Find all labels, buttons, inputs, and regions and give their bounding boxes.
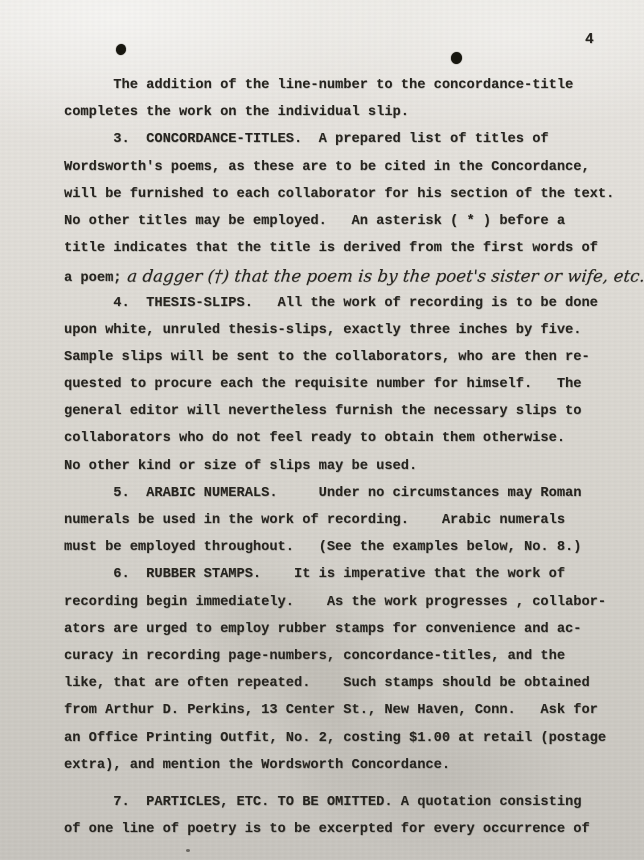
- document-line: 5. ARABIC NUMERALS. Under no circumstanc…: [64, 480, 644, 507]
- document-line: collaborators who do not feel ready to o…: [64, 425, 644, 452]
- document-line: a poem; a dagger (†) that the poem is by…: [64, 262, 644, 289]
- typed-text: Sample slips will be sent to the collabo…: [64, 350, 590, 365]
- document-line: curacy in recording page-numbers, concor…: [64, 643, 644, 670]
- typed-text: completes the work on the individual sli…: [64, 105, 409, 120]
- typed-text: of one line of poetry is to be excerpted…: [64, 822, 590, 837]
- document-line: No other kind or size of slips may be us…: [64, 453, 644, 480]
- typed-text: 6. RUBBER STAMPS. It is imperative that …: [64, 567, 565, 582]
- typed-text: 5. ARABIC NUMERALS. Under no circumstanc…: [64, 486, 581, 501]
- typed-text: 3. CONCORDANCE-TITLES. A prepared list o…: [64, 132, 549, 147]
- document-line: must be employed throughout. (See the ex…: [64, 534, 644, 561]
- ink-dot-left: [115, 43, 127, 56]
- typed-text: collaborators who do not feel ready to o…: [64, 431, 565, 446]
- document-body: The addition of the line-number to the c…: [64, 72, 644, 843]
- document-line: The addition of the line-number to the c…: [64, 72, 644, 99]
- document-line: recording begin immediately. As the work…: [64, 589, 644, 616]
- typed-text: upon white, unruled thesis-slips, exactl…: [64, 323, 581, 338]
- typed-text: from Arthur D. Perkins, 13 Center St., N…: [64, 703, 598, 718]
- document-line: ators are urged to employ rubber stamps …: [64, 616, 644, 643]
- document-page: 4 The addition of the line-number to the…: [0, 0, 644, 860]
- typed-text: recording begin immediately. As the work…: [64, 595, 606, 610]
- document-line: quested to procure each the requisite nu…: [64, 371, 644, 398]
- document-line: upon white, unruled thesis-slips, exactl…: [64, 317, 644, 344]
- typed-text: 7. PARTICLES, ETC. TO BE OMITTED. A quot…: [64, 795, 581, 810]
- handwritten-annotation: a dagger (†) that the poem is by the poe…: [120, 263, 644, 290]
- typed-text: numerals be used in the work of recordin…: [64, 513, 565, 528]
- typed-text: title indicates that the title is derive…: [64, 241, 598, 256]
- typed-text: general editor will nevertheless furnish…: [64, 404, 581, 419]
- document-line: 3. CONCORDANCE-TITLES. A prepared list o…: [64, 126, 644, 153]
- typed-text: like, that are often repeated. Such stam…: [64, 676, 590, 691]
- typed-text: No other kind or size of slips may be us…: [64, 459, 417, 474]
- typed-text: ators are urged to employ rubber stamps …: [64, 622, 581, 637]
- typed-text: must be employed throughout. (See the ex…: [64, 540, 581, 555]
- typed-text: The addition of the line-number to the c…: [64, 78, 573, 93]
- document-line: completes the work on the individual sli…: [64, 99, 644, 126]
- document-line: general editor will nevertheless furnish…: [64, 398, 644, 425]
- typed-text: Wordsworth's poems, as these are to be c…: [64, 160, 590, 175]
- typed-text: curacy in recording page-numbers, concor…: [64, 649, 565, 664]
- document-line: from Arthur D. Perkins, 13 Center St., N…: [64, 697, 644, 724]
- document-line: will be furnished to each collaborator f…: [64, 181, 644, 208]
- document-line: 4. THESIS-SLIPS. All the work of recordi…: [64, 290, 644, 317]
- typed-text: extra), and mention the Wordsworth Conco…: [64, 758, 450, 773]
- ink-dot-center: [450, 51, 463, 65]
- document-line: Sample slips will be sent to the collabo…: [64, 344, 644, 371]
- ink-speck: [186, 849, 190, 852]
- document-line: an Office Printing Outfit, No. 2, costin…: [64, 725, 644, 752]
- document-line: Wordsworth's poems, as these are to be c…: [64, 154, 644, 181]
- document-line: like, that are often repeated. Such stam…: [64, 670, 644, 697]
- document-line: 6. RUBBER STAMPS. It is imperative that …: [64, 561, 644, 588]
- typed-text: quested to procure each the requisite nu…: [64, 377, 581, 392]
- page-number: 4: [585, 32, 594, 48]
- typed-text: 4. THESIS-SLIPS. All the work of recordi…: [64, 296, 598, 311]
- typed-text: a poem;: [64, 271, 122, 286]
- document-line: title indicates that the title is derive…: [64, 235, 644, 262]
- document-line: extra), and mention the Wordsworth Conco…: [64, 752, 644, 779]
- document-line: numerals be used in the work of recordin…: [64, 507, 644, 534]
- typed-text: will be furnished to each collaborator f…: [64, 187, 614, 202]
- typed-text: No other titles may be employed. An aste…: [64, 214, 565, 229]
- typed-text: an Office Printing Outfit, No. 2, costin…: [64, 731, 606, 746]
- document-line: No other titles may be employed. An aste…: [64, 208, 644, 235]
- document-line: 7. PARTICLES, ETC. TO BE OMITTED. A quot…: [64, 789, 644, 816]
- document-line: of one line of poetry is to be excerpted…: [64, 816, 644, 843]
